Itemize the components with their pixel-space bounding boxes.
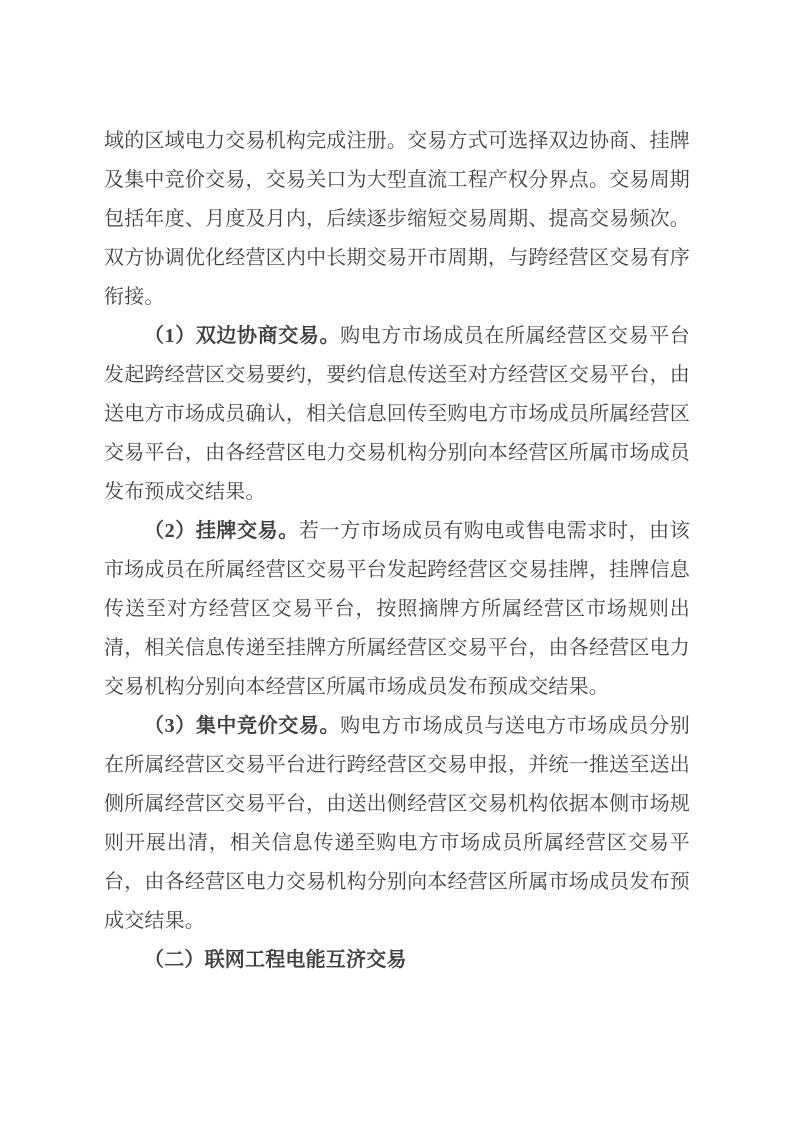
text-run: 购电方市场成员在所属经营区交易平台发起跨经营区交易要约，要约信息传送至对方经营区… (104, 325, 690, 503)
paragraph: （3）集中竞价交易。购电方市场成员与送电方市场成员分别在所属经营区交易平台进行跨… (104, 707, 690, 941)
document-body: 域的区域电力交易机构完成注册。交易方式可选择双边协商、挂牌及集中竞价交易，交易关… (104, 122, 690, 980)
heading-run: （2）挂牌交易。 (144, 520, 299, 542)
text-run: 域的区域电力交易机构完成注册。交易方式可选择双边协商、挂牌及集中竞价交易，交易关… (104, 130, 690, 308)
heading-run: （1）双边协商交易。 (144, 325, 340, 347)
document-page: 域的区域电力交易机构完成注册。交易方式可选择双边协商、挂牌及集中竞价交易，交易关… (0, 0, 794, 1123)
paragraph: 域的区域电力交易机构完成注册。交易方式可选择双边协商、挂牌及集中竞价交易，交易关… (104, 122, 690, 317)
paragraph: （二）联网工程电能互济交易 (104, 941, 690, 980)
heading-run: （二）联网工程电能互济交易 (144, 949, 407, 971)
paragraph: （2）挂牌交易。若一方市场成员有购电或售电需求时，由该市场成员在所属经营区交易平… (104, 512, 690, 707)
text-run: 购电方市场成员与送电方市场成员分别在所属经营区交易平台进行跨经营区交易申报，并统… (104, 715, 690, 932)
text-run: 若一方市场成员有购电或售电需求时，由该市场成员在所属经营区交易平台发起跨经营区交… (104, 520, 690, 698)
paragraph: （1）双边协商交易。购电方市场成员在所属经营区交易平台发起跨经营区交易要约，要约… (104, 317, 690, 512)
heading-run: （3）集中竞价交易。 (144, 715, 340, 737)
